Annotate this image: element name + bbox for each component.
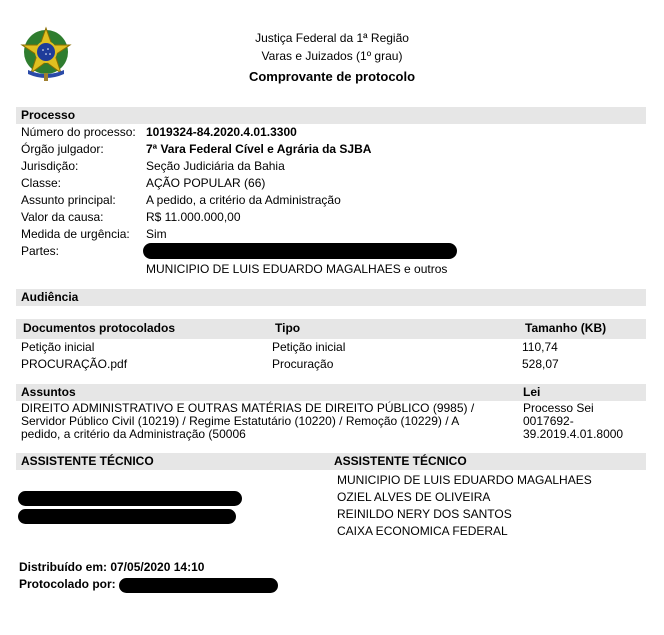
assistente-item: REINILDO NERY DOS SANTOS bbox=[337, 506, 512, 523]
redacted-assistente-1 bbox=[18, 491, 242, 506]
court-division: Varas e Juizados (1º grau) bbox=[0, 49, 664, 63]
field-label: Medida de urgência: bbox=[21, 226, 130, 243]
doc-size: 110,74 bbox=[522, 339, 558, 356]
partes-extra: MUNICIPIO DE LUIS EDUARDO MAGALHAES e ou… bbox=[146, 261, 447, 278]
field-value: AÇÃO POPULAR (66) bbox=[146, 175, 265, 192]
doc-name: PROCURAÇÃO.pdf bbox=[21, 356, 127, 373]
assistente-item: MUNICIPIO DE LUIS EDUARDO MAGALHAES bbox=[337, 472, 592, 489]
field-value: Sim bbox=[146, 226, 167, 243]
field-label: Partes: bbox=[21, 243, 59, 260]
audiencia-section-band bbox=[16, 289, 646, 306]
court-name: Justiça Federal da 1ª Região bbox=[0, 31, 664, 45]
col-header-tamanho: Tamanho (KB) bbox=[525, 320, 606, 337]
col-header-documentos: Documentos protocolados bbox=[23, 320, 175, 337]
protocolado-por-label: Protocolado por: bbox=[19, 576, 116, 593]
field-value: 1019324-84.2020.4.01.3300 bbox=[146, 124, 297, 141]
assuntos-header-band bbox=[16, 384, 646, 401]
redacted-protocolado-por bbox=[119, 578, 278, 593]
doc-type: Petição inicial bbox=[272, 339, 345, 356]
field-value: 7ª Vara Federal Cível e Agrária da SJBA bbox=[146, 141, 371, 158]
processo-section-band bbox=[16, 107, 646, 124]
assistente-item: CAIXA ECONOMICA FEDERAL bbox=[337, 523, 508, 540]
field-label: Número do processo: bbox=[21, 124, 136, 141]
field-label: Jurisdição: bbox=[21, 158, 78, 175]
assuntos-header: Assuntos bbox=[21, 384, 76, 401]
field-value: Seção Judiciária da Bahia bbox=[146, 158, 285, 175]
lei-text: Processo Sei 0017692- 39.2019.4.01.8000 bbox=[523, 402, 623, 441]
doc-type: Procuração bbox=[272, 356, 333, 373]
assuntos-line: pedido, a critério da Administração (500… bbox=[21, 428, 474, 441]
field-label: Classe: bbox=[21, 175, 61, 192]
field-label: Valor da causa: bbox=[21, 209, 104, 226]
field-label: Órgão julgador: bbox=[21, 141, 104, 158]
doc-name: Petição inicial bbox=[21, 339, 94, 356]
assistente-left-header: ASSISTENTE TÉCNICO bbox=[21, 453, 154, 470]
lei-line: 39.2019.4.01.8000 bbox=[523, 428, 623, 441]
audiencia-section-title: Audiência bbox=[21, 289, 78, 306]
processo-section-title: Processo bbox=[21, 107, 75, 124]
field-value: A pedido, a critério da Administração bbox=[146, 192, 341, 209]
redacted-assistente-2 bbox=[18, 509, 236, 524]
assuntos-text: DIREITO ADMINISTRATIVO E OUTRAS MATÉRIAS… bbox=[21, 402, 474, 441]
lei-header: Lei bbox=[523, 384, 540, 401]
redacted-partes bbox=[143, 243, 457, 259]
assistente-right-header: ASSISTENTE TÉCNICO bbox=[334, 453, 467, 470]
distribuido-em: Distribuído em: 07/05/2020 14:10 bbox=[19, 559, 204, 576]
field-label: Assunto principal: bbox=[21, 192, 116, 209]
col-header-tipo: Tipo bbox=[275, 320, 300, 337]
page-title: Comprovante de protocolo bbox=[0, 69, 664, 84]
field-value: R$ 11.000.000,00 bbox=[146, 209, 241, 226]
doc-size: 528,07 bbox=[522, 356, 559, 373]
assistente-item: OZIEL ALVES DE OLIVEIRA bbox=[337, 489, 490, 506]
